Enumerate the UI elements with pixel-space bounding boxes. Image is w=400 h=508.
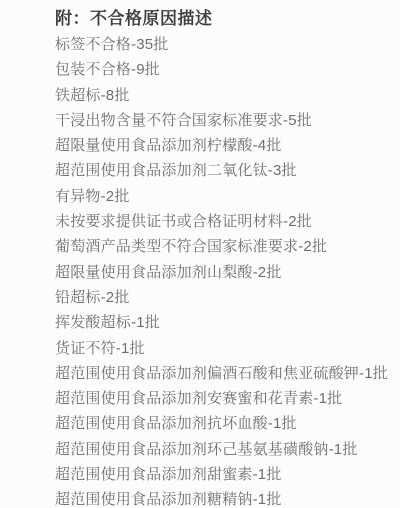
list-item: 超范围使用食品添加剂环己基氨基磺酸钠-1批: [55, 437, 390, 462]
reason-item-label: 标签不合格-35批: [55, 36, 168, 53]
reason-item-label: 超限量使用食品添加剂山梨酸-2批: [55, 264, 282, 281]
list-item: 超范围使用食品添加剂二氧化钛-3批: [55, 158, 390, 183]
reason-item-label: 铁超标-8批: [55, 87, 130, 104]
list-item: 超限量使用食品添加剂山梨酸-2批: [55, 260, 390, 285]
list-item: 标签不合格-35批: [55, 32, 390, 57]
list-item: 有异物-2批: [55, 184, 390, 209]
list-item: 挥发酸超标-1批: [55, 310, 390, 335]
reason-item-label: 包装不合格-9批: [55, 61, 160, 78]
attachment-document: 附：不合格原因描述 标签不合格-35批 包装不合格-9批 铁超标-8批 干浸出物…: [0, 0, 400, 508]
reason-item-label: 超范围使用食品添加剂抗坏血酸-1批: [55, 415, 297, 432]
reason-item-label: 超范围使用食品添加剂糖精钠-1批: [55, 491, 282, 508]
list-item: 铁超标-8批: [55, 83, 390, 108]
reason-item-label: 有异物-2批: [55, 188, 130, 205]
list-item: 超范围使用食品添加剂安赛蜜和花青素-1批: [55, 386, 390, 411]
reason-item-label: 未按要求提供证书或合格证明材料-2批: [55, 213, 312, 230]
list-item: 葡萄酒产品类型不符合国家标准要求-2批: [55, 234, 390, 259]
reason-item-label: 超范围使用食品添加剂环己基氨基磺酸钠-1批: [55, 441, 358, 458]
list-item: 超范围使用食品添加剂糖精钠-1批: [55, 487, 390, 508]
reason-item-label: 超范围使用食品添加剂偏酒石酸和焦亚硫酸钾-1批: [55, 365, 388, 382]
reason-item-label: 超范围使用食品添加剂二氧化钛-3批: [55, 162, 297, 179]
reason-item-label: 超范围使用食品添加剂甜蜜素-1批: [55, 466, 282, 483]
list-item: 未按要求提供证书或合格证明材料-2批: [55, 209, 390, 234]
reason-item-label: 挥发酸超标-1批: [55, 314, 160, 331]
list-item: 铅超标-2批: [55, 285, 390, 310]
reason-item-label: 超范围使用食品添加剂安赛蜜和花青素-1批: [55, 390, 342, 407]
list-item: 超范围使用食品添加剂偏酒石酸和焦亚硫酸钾-1批: [55, 361, 390, 386]
reason-item-label: 干浸出物含量不符合国家标准要求-5批: [55, 112, 312, 129]
page-title: 附：不合格原因描述: [55, 8, 390, 30]
list-item: 干浸出物含量不符合国家标准要求-5批: [55, 108, 390, 133]
list-item: 超范围使用食品添加剂甜蜜素-1批: [55, 462, 390, 487]
reason-item-label: 铅超标-2批: [55, 289, 130, 306]
list-item: 超范围使用食品添加剂抗坏血酸-1批: [55, 411, 390, 436]
list-item: 货证不符-1批: [55, 336, 390, 361]
reason-list: 标签不合格-35批 包装不合格-9批 铁超标-8批 干浸出物含量不符合国家标准要…: [55, 32, 390, 508]
reason-item-label: 葡萄酒产品类型不符合国家标准要求-2批: [55, 238, 327, 255]
list-item: 超限量使用食品添加剂柠檬酸-4批: [55, 133, 390, 158]
reason-item-label: 货证不符-1批: [55, 340, 145, 357]
list-item: 包装不合格-9批: [55, 57, 390, 82]
reason-item-label: 超限量使用食品添加剂柠檬酸-4批: [55, 137, 282, 154]
